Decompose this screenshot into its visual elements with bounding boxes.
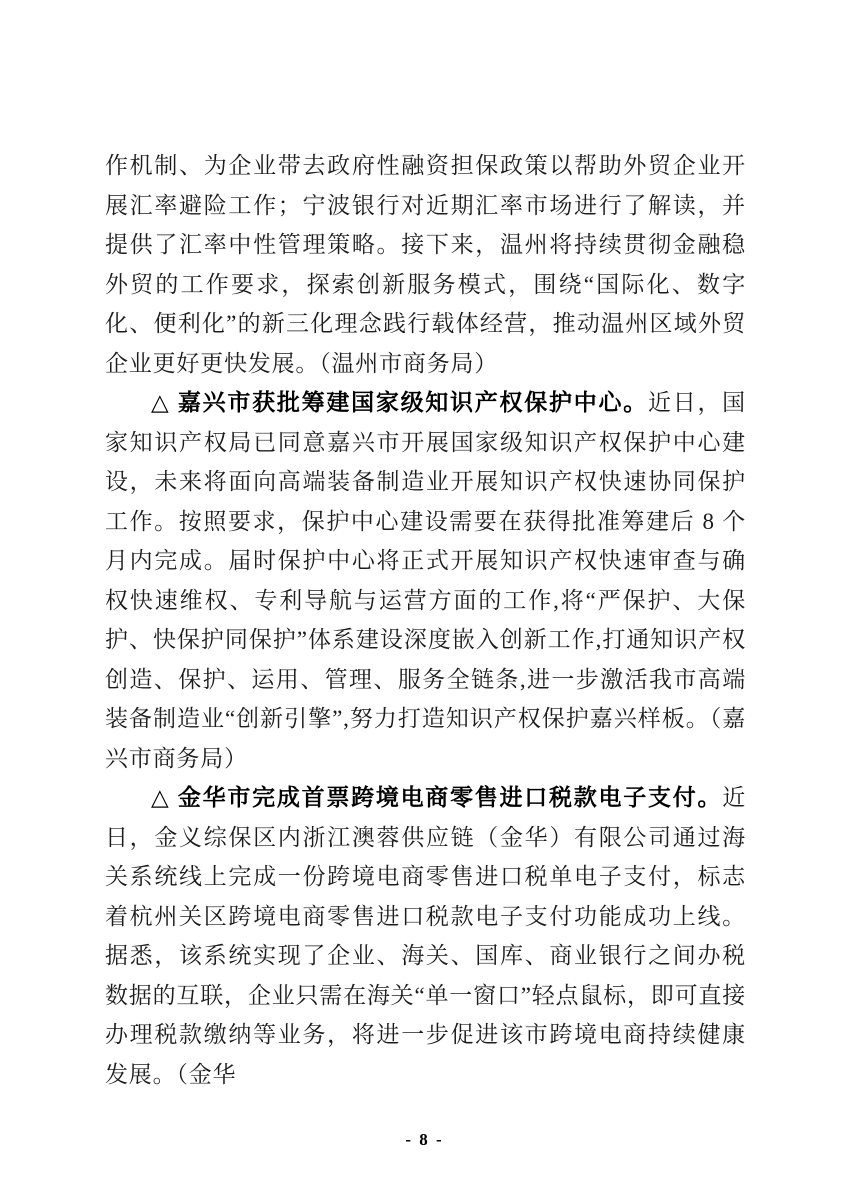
paragraph: △ 嘉兴市获批筹建国家级知识产权保护中心。近日，国家知识产权局已同意嘉兴市开展国… xyxy=(105,383,746,778)
item-heading-run: △ 金华市完成首票跨境电商零售进口税款电子支付。 xyxy=(151,785,722,810)
document-body: 作机制、为企业带去政府性融资担保政策以帮助外贸企业开展汇率避险工作；宁波银行对近… xyxy=(105,146,746,1094)
document-page: 作机制、为企业带去政府性融资担保政策以帮助外贸企业开展汇率避险工作；宁波银行对近… xyxy=(0,0,849,1200)
body-text-run: 近日，国家知识产权局已同意嘉兴市开展国家级知识产权保护中心建设，未来将面向高端装… xyxy=(105,390,746,771)
item-heading-run: △ 嘉兴市获批筹建国家级知识产权保护中心。 xyxy=(151,390,648,415)
body-text-run: 作机制、为企业带去政府性融资担保政策以帮助外贸企业开展汇率避险工作；宁波银行对近… xyxy=(105,153,746,376)
page-number: - 8 - xyxy=(0,1130,849,1150)
body-text-run: 近日，金义综保区内浙江澳蓉供应链（金华）有限公司通过海关系统线上完成一份跨境电商… xyxy=(105,785,746,1087)
paragraph: 作机制、为企业带去政府性融资担保政策以帮助外贸企业开展汇率避险工作；宁波银行对近… xyxy=(105,146,746,383)
paragraph: △ 金华市完成首票跨境电商零售进口税款电子支付。近日，金义综保区内浙江澳蓉供应链… xyxy=(105,778,746,1094)
